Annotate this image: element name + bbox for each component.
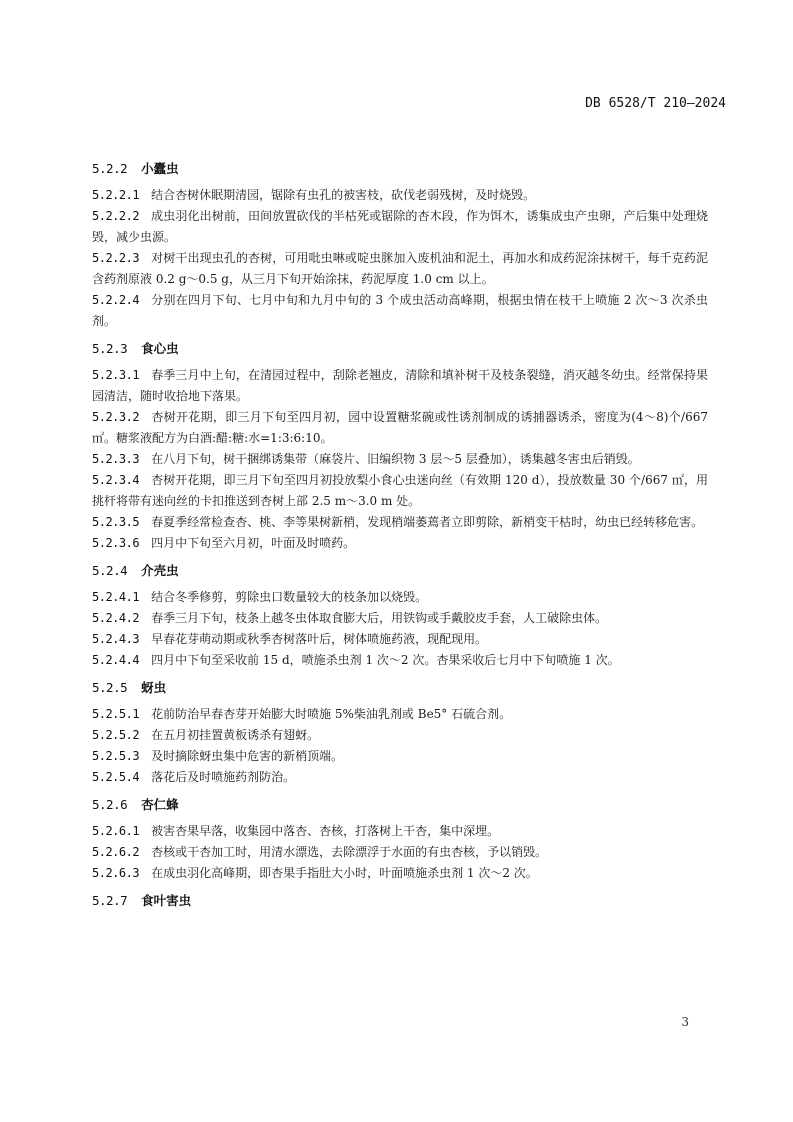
- section-number: 5.2.4: [92, 563, 127, 578]
- clause: 5.2.3.3在八月下旬，树干捆绑诱集带（麻袋片、旧编织物 3 层～5 层叠加）…: [92, 449, 708, 470]
- clause-text: 四月中下旬至六月初，叶面及时喷药。: [151, 536, 355, 550]
- clause-number: 5.2.6.3: [92, 866, 139, 880]
- clause-number: 5.2.5.4: [92, 770, 139, 784]
- page-number: 3: [681, 1015, 689, 1029]
- clause-number: 5.2.4.1: [92, 590, 139, 604]
- document-body: 5.2.2小蠹虫 5.2.2.1结合杏树休眠期清园，锯除有虫孔的被害枝，砍伐老弱…: [92, 158, 708, 917]
- section-heading: 5.2.6杏仁蜂: [92, 794, 708, 815]
- clause-text: 结合冬季修剪，剪除虫口数量较大的枝条加以烧毁。: [151, 590, 427, 604]
- clause-text: 早春花芽萌动期或秋季杏树落叶后，树体喷施药液，现配现用。: [151, 632, 487, 646]
- section-title: 杏仁蜂: [141, 797, 179, 812]
- clause-number: 5.2.5.1: [92, 707, 139, 721]
- clause-number: 5.2.5.2: [92, 728, 139, 742]
- clause-number: 5.2.2.2: [92, 209, 139, 223]
- clause: 5.2.4.2春季三月下旬，枝条上越冬虫体取食膨大后，用铁钩或手戴胶皮手套，人工…: [92, 608, 708, 629]
- clause-number: 5.2.2.1: [92, 188, 139, 202]
- clause-number: 5.2.3.5: [92, 515, 139, 529]
- clause-text: 四月中下旬至采收前 15 d，喷施杀虫剂 1 次～2 次。杏果采收后七月中下旬喷…: [151, 653, 620, 667]
- clause-text: 结合杏树休眠期清园，锯除有虫孔的被害枝，砍伐老弱残树，及时烧毁。: [151, 188, 535, 202]
- clause-text: 杏树开花期，即三月下旬至四月初，园中设置糖浆碗或性诱剂制成的诱捕器诱杀，密度为(…: [92, 410, 708, 445]
- clause-text: 对树干出现虫孔的杏树，可用吡虫啉或啶虫脒加入废机油和泥土，再加水和成药泥涂抹树干…: [92, 251, 708, 286]
- clause-number: 5.2.6.1: [92, 824, 139, 838]
- clause-text: 春季三月下旬，枝条上越冬虫体取食膨大后，用铁钩或手戴胶皮手套，人工破除虫体。: [151, 611, 607, 625]
- clause: 5.2.3.6四月中下旬至六月初，叶面及时喷药。: [92, 533, 708, 554]
- section-title: 蚜虫: [141, 680, 166, 695]
- clause: 5.2.3.4杏树开花期，即三月下旬至四月初投放梨小食心虫迷向丝（有效期 120…: [92, 470, 708, 512]
- section-title: 小蠹虫: [141, 161, 179, 176]
- section-heading: 5.2.3食心虫: [92, 338, 708, 359]
- section-5-2-3: 5.2.3食心虫 5.2.3.1春季三月中上旬，在清园过程中，刮除老翘皮，清除和…: [92, 338, 708, 554]
- clause-number: 5.2.4.2: [92, 611, 139, 625]
- section-5-2-4: 5.2.4介壳虫 5.2.4.1结合冬季修剪，剪除虫口数量较大的枝条加以烧毁。 …: [92, 560, 708, 671]
- clause-number: 5.2.5.3: [92, 749, 139, 763]
- clause: 5.2.2.4分别在四月下旬、七月中旬和九月中旬的 3 个成虫活动高峰期，根据虫…: [92, 290, 708, 332]
- clause-text: 被害杏果早落，收集园中落杏、杏核，打落树上干杏，集中深埋。: [151, 824, 499, 838]
- clause: 5.2.2.1结合杏树休眠期清园，锯除有虫孔的被害枝，砍伐老弱残树，及时烧毁。: [92, 185, 708, 206]
- document-page: DB 6528/T 210—2024 5.2.2小蠹虫 5.2.2.1结合杏树休…: [0, 0, 793, 1122]
- clause-number: 5.2.3.2: [92, 410, 139, 424]
- section-number: 5.2.5: [92, 680, 127, 695]
- section-5-2-6: 5.2.6杏仁蜂 5.2.6.1被害杏果早落，收集园中落杏、杏核，打落树上干杏，…: [92, 794, 708, 884]
- clause: 5.2.5.2在五月初挂置黄板诱杀有翅蚜。: [92, 725, 708, 746]
- clause: 5.2.4.3早春花芽萌动期或秋季杏树落叶后，树体喷施药液，现配现用。: [92, 629, 708, 650]
- clause-number: 5.2.4.4: [92, 653, 139, 667]
- clause-number: 5.2.3.1: [92, 368, 139, 382]
- section-title: 食心虫: [141, 341, 179, 356]
- clause: 5.2.5.1花前防治早春杏芽开始膨大时喷施 5%柴油乳剂或 Be5° 石硫合剂…: [92, 704, 708, 725]
- clause-number: 5.2.3.6: [92, 536, 139, 550]
- clause-text: 杏树开花期，即三月下旬至四月初投放梨小食心虫迷向丝（有效期 120 d），投放数…: [92, 473, 708, 508]
- clause: 5.2.2.3对树干出现虫孔的杏树，可用吡虫啉或啶虫脒加入废机油和泥土，再加水和…: [92, 248, 708, 290]
- clause: 5.2.4.4四月中下旬至采收前 15 d，喷施杀虫剂 1 次～2 次。杏果采收…: [92, 650, 708, 671]
- clause-text: 及时摘除蚜虫集中危害的新梢顶端。: [151, 749, 343, 763]
- clause: 5.2.2.2成虫羽化出树前，田间放置砍伐的半枯死或锯除的杏木段，作为饵木，诱集…: [92, 206, 708, 248]
- clause-number: 5.2.2.3: [92, 251, 139, 265]
- clause: 5.2.5.4落花后及时喷施药剂防治。: [92, 767, 708, 788]
- section-number: 5.2.6: [92, 797, 127, 812]
- clause-text: 春夏季经常检查杏、桃、李等果树新梢，发现梢端萎蔫者立即剪除，新梢变干枯时，幼虫已…: [151, 515, 703, 529]
- section-number: 5.2.7: [92, 893, 127, 908]
- clause-number: 5.2.3.4: [92, 473, 139, 487]
- section-number: 5.2.3: [92, 341, 127, 356]
- section-number: 5.2.2: [92, 161, 127, 176]
- section-title: 介壳虫: [141, 563, 179, 578]
- clause: 5.2.3.5春夏季经常检查杏、桃、李等果树新梢，发现梢端萎蔫者立即剪除，新梢变…: [92, 512, 708, 533]
- clause-text: 在八月下旬，树干捆绑诱集带（麻袋片、旧编织物 3 层～5 层叠加），诱集越冬害虫…: [151, 452, 640, 466]
- clause: 5.2.4.1结合冬季修剪，剪除虫口数量较大的枝条加以烧毁。: [92, 587, 708, 608]
- clause: 5.2.5.3及时摘除蚜虫集中危害的新梢顶端。: [92, 746, 708, 767]
- clause-number: 5.2.2.4: [92, 293, 139, 307]
- clause-text: 在五月初挂置黄板诱杀有翅蚜。: [151, 728, 319, 742]
- clause: 5.2.6.3在成虫羽化高峰期，即杏果手指肚大小时，叶面喷施杀虫剂 1 次～2 …: [92, 863, 708, 884]
- clause-text: 分别在四月下旬、七月中旬和九月中旬的 3 个成虫活动高峰期，根据虫情在枝干上喷施…: [92, 293, 708, 328]
- clause-number: 5.2.6.2: [92, 845, 139, 859]
- clause-number: 5.2.4.3: [92, 632, 139, 646]
- section-heading: 5.2.7食叶害虫: [92, 890, 708, 911]
- section-heading: 5.2.5蚜虫: [92, 677, 708, 698]
- section-title: 食叶害虫: [141, 893, 191, 908]
- clause: 5.2.3.2杏树开花期，即三月下旬至四月初，园中设置糖浆碗或性诱剂制成的诱捕器…: [92, 407, 708, 449]
- clause: 5.2.6.1被害杏果早落，收集园中落杏、杏核，打落树上干杏，集中深埋。: [92, 821, 708, 842]
- clause-text: 春季三月中上旬，在清园过程中，刮除老翘皮，清除和填补树干及枝条裂缝，消灭越冬幼虫…: [92, 368, 708, 403]
- clause-text: 落花后及时喷施药剂防治。: [151, 770, 295, 784]
- section-heading: 5.2.2小蠹虫: [92, 158, 708, 179]
- section-5-2-5: 5.2.5蚜虫 5.2.5.1花前防治早春杏芽开始膨大时喷施 5%柴油乳剂或 B…: [92, 677, 708, 788]
- section-5-2-2: 5.2.2小蠹虫 5.2.2.1结合杏树休眠期清园，锯除有虫孔的被害枝，砍伐老弱…: [92, 158, 708, 332]
- clause-number: 5.2.3.3: [92, 452, 139, 466]
- clause: 5.2.3.1春季三月中上旬，在清园过程中，刮除老翘皮，清除和填补树干及枝条裂缝…: [92, 365, 708, 407]
- section-heading: 5.2.4介壳虫: [92, 560, 708, 581]
- section-5-2-7: 5.2.7食叶害虫: [92, 890, 708, 911]
- clause: 5.2.6.2杏核或干杏加工时，用清水漂选，去除漂浮于水面的有虫杏核，予以销毁。: [92, 842, 708, 863]
- clause-text: 成虫羽化出树前，田间放置砍伐的半枯死或锯除的杏木段，作为饵木，诱集成虫产虫卵，产…: [92, 209, 708, 244]
- clause-text: 杏核或干杏加工时，用清水漂选，去除漂浮于水面的有虫杏核，予以销毁。: [151, 845, 547, 859]
- clause-text: 在成虫羽化高峰期，即杏果手指肚大小时，叶面喷施杀虫剂 1 次～2 次。: [151, 866, 538, 880]
- document-code: DB 6528/T 210—2024: [585, 96, 726, 111]
- clause-text: 花前防治早春杏芽开始膨大时喷施 5%柴油乳剂或 Be5° 石硫合剂。: [151, 707, 511, 721]
